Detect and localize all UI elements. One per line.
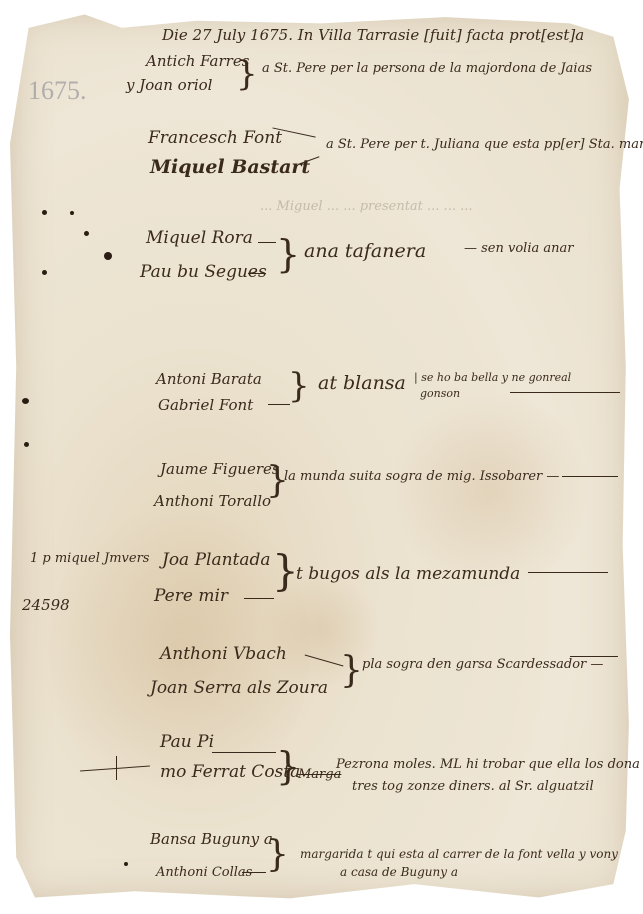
entry-description: ana tafanera <box>304 242 426 261</box>
entry-description: t bugos als la mezamunda <box>296 566 520 583</box>
connector-line <box>244 598 274 599</box>
entry-description: pla sogra den garsa Scardessador — <box>362 658 603 671</box>
entry-name: Pau Pi <box>160 734 214 751</box>
entry-name: Anthoni Vbach <box>160 646 287 663</box>
header-line: Die 27 July 1675. In Villa Tarrasie [fui… <box>162 28 584 43</box>
entry-name: Gabriel Font <box>158 398 253 413</box>
connector-line <box>212 752 276 753</box>
entry-description: gonson <box>420 388 460 399</box>
bracket-icon: } <box>272 546 299 595</box>
ink-spot <box>22 398 29 404</box>
entry-name: Anthoni Collas <box>156 866 252 879</box>
entry-name: Francesch Font <box>148 130 282 147</box>
bleed-through-text: ... Miguel ... ... presentat ... ... ... <box>260 200 473 213</box>
underline-rule <box>510 392 620 393</box>
entry-name: Pere mir <box>154 588 228 605</box>
ink-spot <box>24 442 29 447</box>
entry-name: Antich Farres <box>146 54 249 69</box>
entry-description: tres tog zonze diners. al Sr. alguatzil <box>352 780 594 793</box>
ink-spot <box>70 211 74 215</box>
entry-description: a St. Pere per la persona de la majordon… <box>262 62 592 75</box>
entry-name: Joa Plantada <box>162 552 271 569</box>
bracket-icon: } <box>276 744 300 788</box>
entry-name: y Joan oriol <box>126 78 212 93</box>
connector-line <box>242 872 266 873</box>
margin-note: 1 p miquel Jmvers <box>30 552 149 565</box>
entry-description: a casa de Buguny a <box>340 866 458 878</box>
entry-description: a St. Pere per t. Juliana que esta pp[er… <box>326 138 643 151</box>
connector-line <box>248 273 266 274</box>
connector-line <box>258 242 276 243</box>
ink-spot <box>42 270 47 275</box>
entry-name: Antoni Barata <box>156 372 262 387</box>
margin-tick <box>116 756 117 780</box>
entry-name: Joan Serra als Zoura <box>150 680 328 697</box>
entry-description: margarida t qui esta al carrer de la fon… <box>300 848 618 860</box>
entry-description: — sen volia anar <box>464 242 573 255</box>
entry-name: Anthoni Torallo <box>154 494 271 509</box>
entry-description: | se ho ba bella y ne gonreal <box>414 372 571 383</box>
struck-word: Marga <box>298 768 341 781</box>
bracket-icon: } <box>266 834 289 875</box>
entry-name: Miquel Rora <box>146 230 253 247</box>
margin-year-note: 1675. <box>28 78 87 104</box>
bracket-icon: } <box>288 366 310 406</box>
bracket-icon: } <box>236 54 258 94</box>
entry-name: Bansa Buguny a <box>150 832 273 847</box>
trailing-rule <box>570 656 618 657</box>
ink-spot <box>124 862 128 866</box>
trailing-rule <box>528 572 608 573</box>
connector-line <box>268 404 290 405</box>
ink-spot <box>42 210 47 215</box>
entry-description: at blansa <box>318 374 406 393</box>
water-stain <box>390 390 590 590</box>
entry-name: Jaume Figueres <box>160 462 280 477</box>
entry-description: la munda suita sogra de mig. Issobarer — <box>284 470 559 483</box>
entry-name: Miquel Bastart <box>150 158 310 177</box>
ink-spot <box>84 231 89 236</box>
ink-spot <box>104 252 112 260</box>
bracket-icon: } <box>276 232 300 276</box>
margin-note: 24598 <box>22 598 70 613</box>
entry-description: Pezrona moles. ML hi trobar que ella los… <box>336 758 640 771</box>
trailing-rule <box>562 476 618 477</box>
bracket-icon: } <box>340 650 363 691</box>
